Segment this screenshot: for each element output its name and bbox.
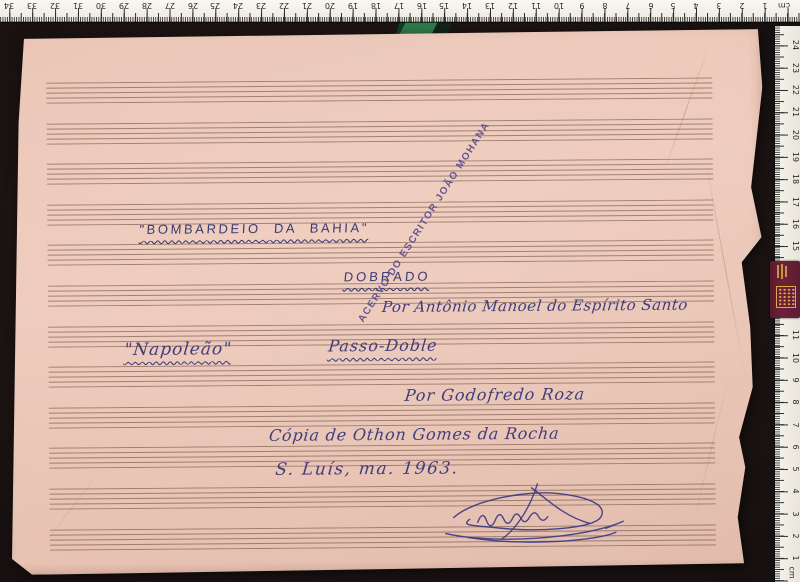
title-napoleao: "Napoleão" xyxy=(123,339,233,360)
archive-sticker xyxy=(770,261,800,318)
top-ruler-number: 19 xyxy=(345,1,361,10)
music-stave xyxy=(49,362,715,388)
top-ruler-number: 31 xyxy=(70,1,86,10)
top-ruler-number: 27 xyxy=(162,1,178,10)
right-ruler-number: 15 xyxy=(786,240,800,252)
title-bombardeio-da-bahia: "BOMBARDEIO DA BAHIA" xyxy=(139,220,369,237)
paper-crease xyxy=(659,42,710,184)
paper-crease xyxy=(690,360,733,535)
top-ruler-number: 24 xyxy=(230,1,246,10)
right-ruler-number: 20 xyxy=(786,129,800,141)
place-date-line: S. Luís, ma. 1963. xyxy=(274,458,460,479)
music-stave xyxy=(48,280,714,306)
genre-passo-doble: Passo-Doble xyxy=(327,336,438,356)
top-ruler-number: 4 xyxy=(688,1,704,10)
right-ruler-number: 4 xyxy=(786,485,800,497)
paper-crease xyxy=(38,464,106,552)
music-stave xyxy=(47,118,713,144)
right-ruler-number: 1 xyxy=(786,552,800,564)
top-ruler-number: 15 xyxy=(436,1,452,10)
right-ruler-number: 9 xyxy=(786,374,800,386)
top-ruler-number: 8 xyxy=(597,1,613,10)
right-ruler-number: 19 xyxy=(786,151,800,163)
copyist-line: Cópia de Othon Gomes da Rocha xyxy=(268,424,560,445)
right-ruler-number: 21 xyxy=(786,106,800,118)
top-ruler-number: 16 xyxy=(414,1,430,10)
top-ruler-number: 22 xyxy=(276,1,292,10)
top-ruler-number: 13 xyxy=(482,1,498,10)
sticker-text-line xyxy=(777,265,779,278)
top-ruler: cm 3433323130292827262524232221201918171… xyxy=(0,0,800,22)
paper-crease xyxy=(703,149,746,375)
right-ruler-number: 18 xyxy=(786,173,800,185)
top-ruler-number: 21 xyxy=(299,1,315,10)
top-ruler-number: 12 xyxy=(505,1,521,10)
right-ruler-number: 10 xyxy=(786,352,800,364)
scan-stage: "BOMBARDEIO DA BAHIA" DOBRADO ACERVO DO … xyxy=(0,0,800,582)
right-ruler-unit-label: cm xyxy=(788,567,797,581)
right-ruler-number: 8 xyxy=(786,396,800,408)
top-ruler-unit-label: cm xyxy=(775,1,793,10)
top-ruler-number: 33 xyxy=(24,1,40,10)
manuscript-page-wrap: "BOMBARDEIO DA BAHIA" DOBRADO ACERVO DO … xyxy=(0,0,800,582)
top-ruler-number: 3 xyxy=(711,1,727,10)
music-stave xyxy=(47,159,713,185)
top-ruler-number: 17 xyxy=(391,1,407,10)
right-ruler-number: 6 xyxy=(786,441,800,453)
top-ruler-number: 20 xyxy=(322,1,338,10)
top-ruler-number: 1 xyxy=(757,1,773,10)
right-ruler-number: 7 xyxy=(786,419,800,431)
music-stave xyxy=(46,77,712,103)
top-ruler-number: 30 xyxy=(93,1,109,10)
right-ruler-number: 3 xyxy=(786,508,800,520)
music-stave xyxy=(49,483,715,509)
top-ruler-number: 23 xyxy=(253,1,269,10)
top-ruler-number: 5 xyxy=(665,1,681,10)
signature-othon-rocha xyxy=(439,480,631,546)
right-ruler-number: 5 xyxy=(786,463,800,475)
top-ruler-number: 28 xyxy=(139,1,155,10)
top-ruler-number: 7 xyxy=(620,1,636,10)
composer-line-1: Por Antônio Manoel do Espírito Santo xyxy=(381,296,689,316)
top-ruler-number: 25 xyxy=(207,1,223,10)
music-stave xyxy=(50,524,716,550)
right-ruler-number: 2 xyxy=(786,530,800,542)
right-ruler-number: 22 xyxy=(786,84,800,96)
top-ruler-number: 34 xyxy=(1,1,17,10)
building-windows-icon xyxy=(776,286,796,308)
top-ruler-number: 9 xyxy=(574,1,590,10)
top-ruler-number: 18 xyxy=(368,1,384,10)
right-ruler-number: 16 xyxy=(786,218,800,230)
top-ruler-number: 26 xyxy=(185,1,201,10)
genre-dobrado: DOBRADO xyxy=(343,269,431,285)
right-ruler-number: 11 xyxy=(786,329,800,341)
top-ruler-number: 14 xyxy=(459,1,475,10)
music-stave xyxy=(48,321,714,347)
top-ruler-number: 6 xyxy=(643,1,659,10)
manuscript-paper: "BOMBARDEIO DA BAHIA" DOBRADO ACERVO DO … xyxy=(8,27,768,575)
stave-group xyxy=(8,27,764,33)
top-ruler-number: 29 xyxy=(116,1,132,10)
music-stave xyxy=(47,199,713,225)
top-ruler-number: 2 xyxy=(734,1,750,10)
top-ruler-number: 32 xyxy=(47,1,63,10)
top-ruler-number: 11 xyxy=(528,1,544,10)
composer-line-2: Por Godofredo Roza xyxy=(404,384,586,404)
music-stave xyxy=(49,402,715,428)
sticker-text-line xyxy=(781,264,783,279)
top-ruler-number: 10 xyxy=(551,1,567,10)
right-ruler-number: 24 xyxy=(786,39,800,51)
music-stave xyxy=(49,443,715,469)
collection-stamp: ACERVO DO ESCRITOR JOÃO MOHANA xyxy=(356,120,495,326)
right-ruler-number: 23 xyxy=(786,62,800,74)
music-stave xyxy=(48,240,714,266)
right-ruler-number: 17 xyxy=(786,196,800,208)
sticker-text-line xyxy=(785,266,787,277)
